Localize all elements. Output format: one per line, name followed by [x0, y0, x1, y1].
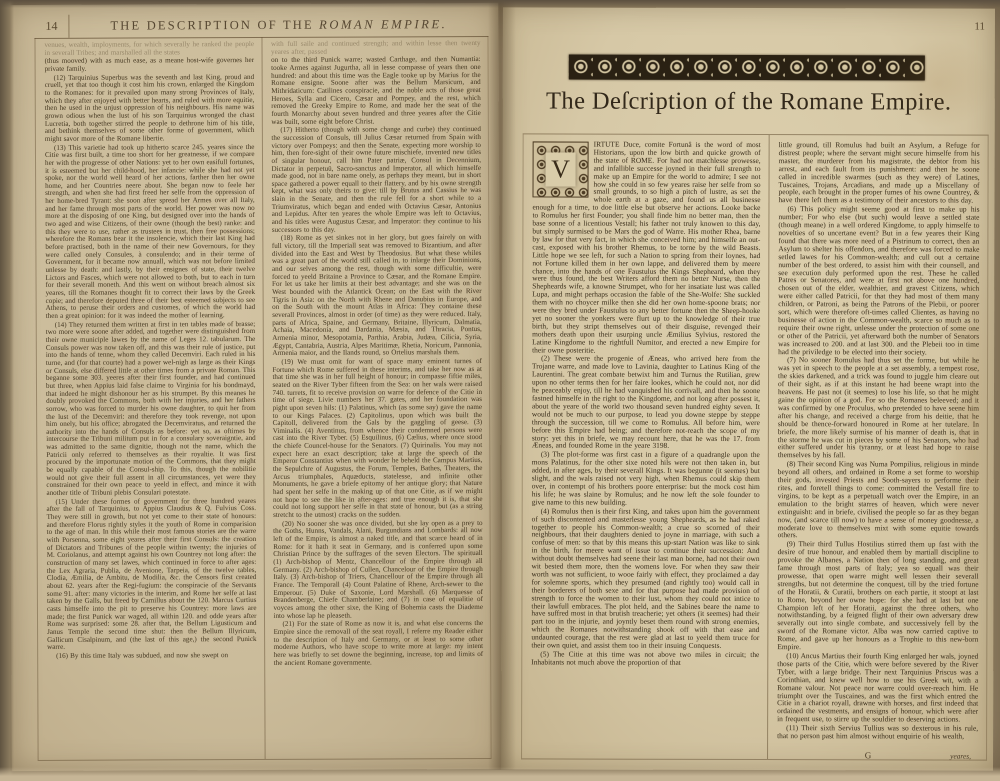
- page-title: The Deſcription of the Romane Empire.: [513, 87, 985, 116]
- paragraph: (18) Rome as yet sinkes not in her glory…: [272, 234, 482, 357]
- left-page-text-frame: venues, wealth, imployments, for which s…: [34, 36, 491, 761]
- signature-mark: G: [853, 750, 883, 760]
- right-column-2: little ground, till Romulus had built an…: [767, 135, 988, 760]
- scan-top-edge: [0, 0, 1000, 8]
- drop-cap-letter: V: [546, 152, 576, 186]
- paragraph: (11) Their sixth Servius Tullius was so …: [777, 724, 978, 740]
- right-column-1: V IRTUTE Duce, comite Fortunâ is the wor…: [522, 134, 769, 759]
- paragraph: (2) These were the progenie of Æneas, wh…: [532, 355, 760, 450]
- left-column-2: with full saile and continued strength; …: [261, 36, 491, 759]
- paragraph: (17) Hitherto (though with some change a…: [271, 126, 481, 234]
- left-page-number: 14: [34, 15, 69, 38]
- binding-gutter-shadow: [488, 0, 516, 770]
- woodcut-floral-headpiece-ornament: [569, 55, 925, 81]
- scan-left-edge: [0, 0, 14, 781]
- paragraph: (5) The Citie at this time was not above…: [531, 650, 759, 666]
- paragraph: (thus mooved) with as much ease, as a me…: [45, 57, 255, 73]
- paragraph: (13) This varietie had took up hitherto …: [45, 144, 255, 321]
- paragraph: (21) For the state of Rome as now it is,…: [274, 620, 484, 667]
- left-running-title: THE DESCRIPTION OF THE ROMAN EMPIRE.: [69, 17, 488, 34]
- paragraph: (14) They returned them written at first…: [46, 321, 256, 498]
- paragraph: (9) Their third Tullus Hostilius stirred…: [777, 540, 978, 651]
- right-page-number: 11: [974, 21, 985, 33]
- paragraph: little ground, till Romulus had built an…: [778, 141, 979, 205]
- right-page: 11 The Deſcription of the Romane Empire.…: [501, 7, 995, 770]
- paragraph: (15) Under these formes of government fo…: [46, 498, 256, 652]
- paragraph: (12) Tarquinius Superbus was the seventh…: [45, 74, 255, 144]
- paragraph: (10) Ancus Martius their fourth King enl…: [777, 652, 978, 724]
- scan-bottom-edge: [0, 767, 1000, 781]
- left-column-1: venues, wealth, imployments, for which s…: [35, 37, 264, 760]
- book-scan: 14 THE DESCRIPTION OF THE ROMAN EMPIRE. …: [0, 0, 1000, 781]
- right-page-text-frame: V IRTUTE Duce, comite Fortunâ is the wor…: [521, 134, 989, 760]
- paragraph: (20) No sooner she was once divided, but…: [273, 520, 483, 620]
- right-column-1-text: IRTUTE Duce, comite Fortunâ is the word …: [531, 140, 760, 666]
- left-page: 14 THE DESCRIPTION OF THE ROMAN EMPIRE. …: [8, 3, 501, 771]
- running-title-italic: ROMAN EMPIRE.: [319, 17, 447, 32]
- ornamental-drop-cap: V: [533, 141, 589, 197]
- paragraph: (3) The plot-forme was first cast in a f…: [532, 451, 760, 507]
- paragraph: with full saile and continued strength; …: [271, 40, 481, 56]
- left-page-header: 14 THE DESCRIPTION OF THE ROMAN EMPIRE.: [34, 13, 488, 39]
- paragraph: (6) This policy might seeme good at firs…: [778, 205, 979, 356]
- paragraph: (19) We must omit for want of space many…: [272, 358, 482, 520]
- catchword: yeares,: [950, 752, 971, 761]
- paragraph: (4) Romulus then is their first King, an…: [531, 507, 759, 650]
- paragraph: on to the third Punick warre; wasted Car…: [271, 56, 481, 126]
- paragraph: (16) By this time Italy was subdued, and…: [47, 652, 257, 661]
- running-title-roman: THE DESCRIPTION OF THE: [110, 18, 313, 33]
- paragraph: venues, wealth, imployments, for which s…: [44, 41, 254, 57]
- paragraph: (8) Their second King was Numa Pompilius…: [778, 460, 979, 540]
- paragraph: (7) No sooner Romulus had thus set the f…: [778, 357, 979, 460]
